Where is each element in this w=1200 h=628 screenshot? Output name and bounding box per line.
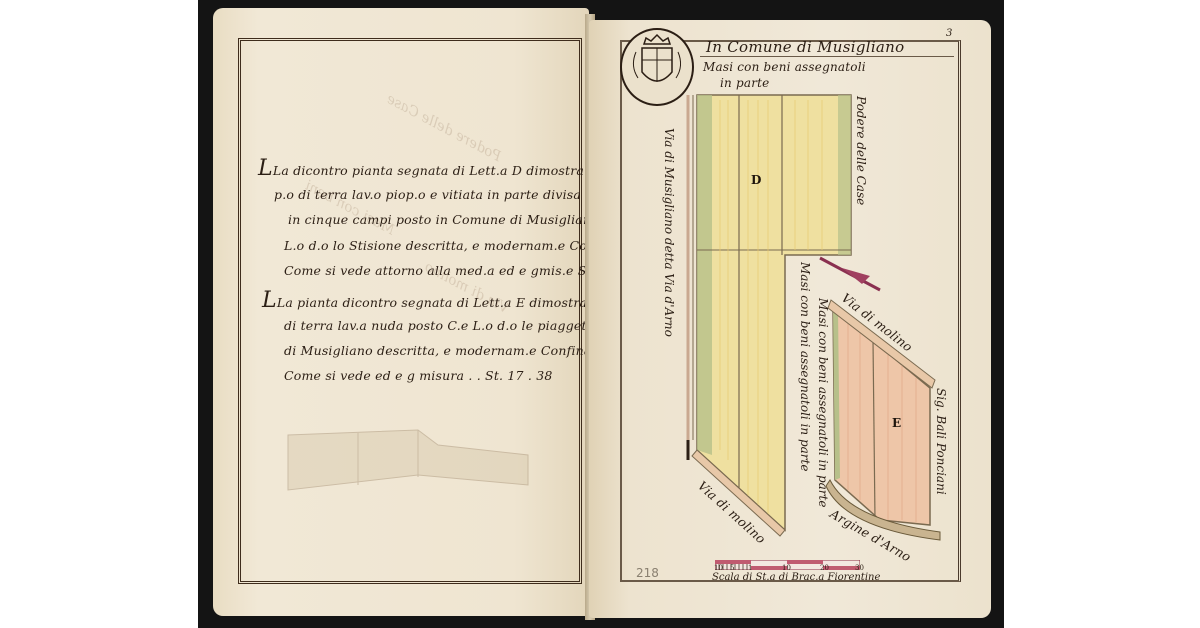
scale-label: Scala di St.a di Brac.a Fiorentine [712, 572, 880, 583]
field-E-label: E [892, 416, 901, 430]
label-masi-note-2: Masi con beni assegnatoli in parte [816, 298, 830, 507]
scale-tick-10b: 10 [782, 564, 791, 572]
scale-tick-10: 10 [714, 564, 723, 572]
cadastral-plan [0, 0, 1200, 628]
field-D-label: D [751, 173, 761, 187]
label-masi-note-1: Masi con beni assegnatoli in parte [798, 262, 812, 471]
scale-tick-20: 20 [820, 564, 829, 572]
label-bali-ponciani: Sig. Bali Ponciani [934, 388, 948, 495]
label-podere-delle-case: Podere delle Case [854, 96, 868, 205]
scale-tick-1: 1 [748, 564, 752, 572]
page-number: 218 [636, 566, 659, 580]
scale-tick-5: 5 [730, 564, 734, 572]
label-via-di-musigliano: Via di Musigliano detta Via d'Arno [662, 128, 676, 337]
scale-tick-30: 30 [855, 564, 864, 572]
